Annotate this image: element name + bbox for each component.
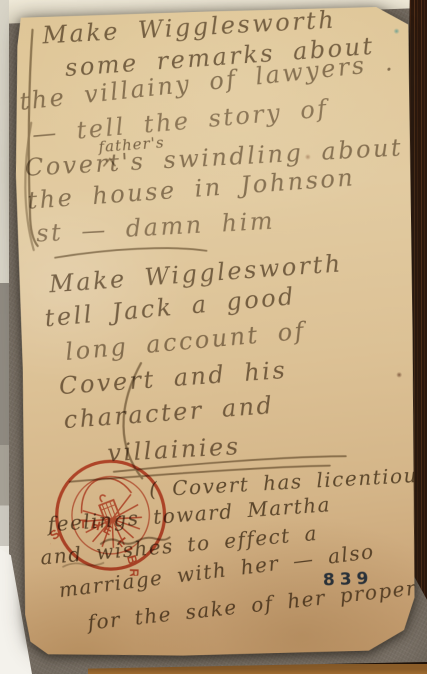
note-section-1: Make Wigglesworthsome remarks aboutthe v… [18, 13, 406, 251]
manuscript-paper: THE LIBRARY OF CONGRESS [12, 6, 420, 659]
manuscript-card: THE LIBRARY OF CONGRESS [12, 6, 420, 659]
catalog-number-stamp: 839 [323, 569, 374, 591]
note-section-3: ( Covert has licentiousfeelings toward M… [31, 468, 414, 640]
photo-of-manuscript: THE LIBRARY OF CONGRESS [0, 0, 427, 674]
note-section-2: Make Wigglesworthtell Jack a goodlong ac… [23, 260, 411, 471]
